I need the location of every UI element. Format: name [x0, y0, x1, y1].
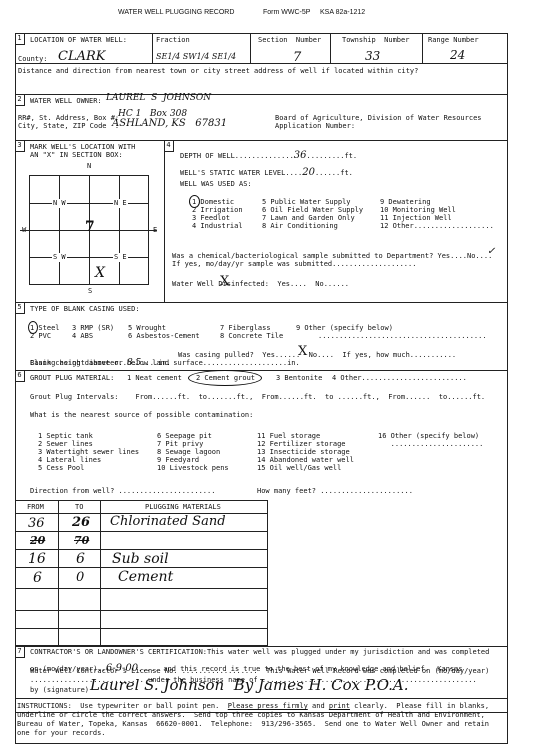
- city-field[interactable]: ASHLAND, KS 67831: [112, 118, 227, 129]
- row3-material[interactable]: Sub soil: [112, 551, 169, 567]
- casing-option-asbestos[interactable]: 6 Asbestos-Cement: [128, 332, 200, 341]
- section-number-label: Section Number: [258, 36, 321, 45]
- section-number-1: 1: [15, 33, 25, 45]
- contam-col1: 1 Septic tank 2 Sewer lines 3 Watertight…: [38, 432, 139, 472]
- use-option-irrigation[interactable]: 2 Irrigation: [192, 206, 243, 214]
- mark-location-label-2: AN "X" IN SECTION BOX:: [30, 151, 123, 160]
- form-number: Form WWC-5P: [263, 9, 310, 16]
- casing-other-blank[interactable]: ........................................: [318, 332, 487, 341]
- license-line: Water Well Contractor's License No. ....…: [30, 667, 489, 676]
- township-label: Township Number: [342, 36, 409, 45]
- section-number-6: 6: [15, 370, 25, 382]
- county-field[interactable]: CLARK: [58, 49, 105, 64]
- row4-material[interactable]: Cement: [118, 569, 173, 585]
- use-options-col2: 5 Public Water Supply 6 Oil Field Water …: [262, 198, 363, 230]
- use-option-air-conditioning[interactable]: 8 Air Conditioning: [262, 222, 363, 230]
- contam-other-blank[interactable]: ......................: [378, 440, 483, 448]
- use-option-industrial[interactable]: 4 Industrial: [192, 222, 243, 230]
- contam-option[interactable]: 8 Sewage lagoon: [157, 448, 229, 456]
- contam-option-other[interactable]: 16 Other (specify below): [378, 432, 483, 440]
- contam-option[interactable]: 15 Oil well/Gas well: [257, 464, 354, 472]
- row3-from[interactable]: 16: [28, 551, 46, 567]
- use-options-col3: 9 Dewatering 10 Monitoring Well 11 Injec…: [380, 198, 494, 230]
- casing-option-concrete[interactable]: 8 Concrete Tile: [220, 332, 283, 341]
- static-level-label: WELL'S STATIC WATER LEVEL....: [180, 169, 302, 177]
- city-label: City, State, ZIP Code :: [18, 122, 119, 131]
- row1-material[interactable]: Chlorinated Sand: [110, 514, 226, 529]
- contam-col3: 11 Fuel storage 12 Fertilizer storage 13…: [257, 432, 354, 472]
- contam-col2: 6 Seepage pit 7 Pit privy 8 Sewage lagoo…: [157, 432, 229, 472]
- township-field[interactable]: 33: [365, 49, 380, 63]
- contam-col4: 16 Other (specify below) ...............…: [378, 432, 483, 448]
- direction-from-well[interactable]: Direction from well? ...................…: [30, 487, 215, 496]
- row2-to[interactable]: 70: [74, 534, 89, 547]
- row1-to[interactable]: 26: [72, 515, 90, 530]
- instructions-box: [15, 698, 508, 744]
- use-option-other[interactable]: 12 Other...................: [380, 222, 494, 230]
- row4-to[interactable]: 0: [76, 570, 84, 585]
- disinfected-yes-mark[interactable]: X: [220, 274, 229, 289]
- casing-option-pvc[interactable]: 2 PVC: [30, 332, 51, 341]
- signature-field[interactable]: Laurel S. Johnson By James H. Cox P.O.A.: [90, 676, 409, 694]
- use-option-lawn-garden[interactable]: 7 Lawn and Garden Only: [262, 214, 363, 222]
- sample-no-check[interactable]: ✓: [487, 246, 495, 257]
- range-label: Range Number: [428, 36, 479, 45]
- contam-option[interactable]: 1 Septic tank: [38, 432, 139, 440]
- grout-intervals[interactable]: Grout Plug Intervals: From......ft. to..…: [30, 393, 485, 402]
- use-option-oil-field[interactable]: 6 Oil Field Water Supply: [262, 206, 363, 214]
- row2-from[interactable]: 20: [30, 534, 45, 547]
- cement-grout-selected-circle: [188, 370, 262, 386]
- col-header-materials: PLUGGING MATERIALS: [145, 503, 221, 512]
- casing-option-abs[interactable]: 4 ABS: [72, 332, 93, 341]
- casing-pulled-no-mark[interactable]: X: [298, 344, 307, 359]
- section-mark: 7: [85, 219, 95, 235]
- contam-option[interactable]: 6 Seepage pit: [157, 432, 229, 440]
- static-level-field[interactable]: 20: [302, 167, 315, 178]
- depth-label: DEPTH OF WELL..............: [180, 152, 294, 160]
- contam-option[interactable]: 11 Fuel storage: [257, 432, 354, 440]
- section-number-7: 7: [15, 646, 25, 658]
- contam-option[interactable]: 13 Insecticide storage: [257, 448, 354, 456]
- static-level-row: WELL'S STATIC WATER LEVEL....20......ft.: [180, 160, 353, 179]
- range-field[interactable]: 24: [450, 48, 465, 62]
- grout-option-other[interactable]: 4 Other.........................: [332, 374, 467, 383]
- contam-option[interactable]: 3 Watertight sewer lines: [38, 448, 139, 456]
- row1-from[interactable]: 36: [28, 516, 45, 531]
- contam-option[interactable]: 14 Abandoned water well: [257, 456, 354, 464]
- col-header-from: FROM: [27, 503, 44, 512]
- contam-option[interactable]: 12 Fertilizer storage: [257, 440, 354, 448]
- row4-from[interactable]: 6: [33, 570, 42, 586]
- use-option-public-water[interactable]: 5 Public Water Supply: [262, 198, 363, 206]
- section-number-3: 3: [15, 140, 25, 152]
- application-number-label: Application Number:: [275, 122, 355, 131]
- location-label: LOCATION OF WATER WELL:: [30, 36, 127, 45]
- contam-option[interactable]: 2 Sewer lines: [38, 440, 139, 448]
- how-many-feet[interactable]: How many feet? ......................: [257, 487, 413, 496]
- north-label: N: [87, 162, 91, 171]
- domestic-selected-circle: [189, 195, 200, 208]
- section-number-2: 2: [15, 94, 25, 106]
- col-header-to: TO: [75, 503, 83, 512]
- section-number-5: 5: [15, 302, 25, 314]
- se-label: S E: [113, 253, 128, 262]
- distance-label: Distance and direction from nearest town…: [18, 67, 418, 76]
- row3-to[interactable]: 6: [76, 551, 85, 567]
- sw-label: S W: [52, 253, 67, 262]
- casing-type-label: TYPE OF BLANK CASING USED:: [30, 305, 140, 314]
- contamination-label: What is the nearest source of possible c…: [30, 411, 253, 420]
- used-as-label: WELL WAS USED AS:: [180, 180, 252, 189]
- grout-material-label: GROUT PLUG MATERIAL:: [30, 374, 114, 383]
- form-title: WATER WELL PLUGGING RECORD: [118, 9, 234, 16]
- casing-height-label: Casing height above or below land surfac…: [30, 359, 300, 368]
- fraction-field[interactable]: SE1/4 SW1/4 SE1/4: [156, 52, 236, 61]
- use-option-monitoring[interactable]: 10 Monitoring Well: [380, 206, 494, 214]
- use-option-feedlot[interactable]: 3 Feedlot: [192, 214, 243, 222]
- nw-label: N W: [52, 199, 67, 208]
- signature-label: by (signature): [30, 686, 89, 695]
- contam-option[interactable]: 7 Pit privy: [157, 440, 229, 448]
- statute-ref: KSA 82a-1212: [320, 9, 365, 16]
- section-number-4: 4: [164, 140, 174, 152]
- contam-option[interactable]: 4 Lateral lines: [38, 456, 139, 464]
- owner-label: WATER WELL OWNER:: [30, 97, 102, 106]
- fraction-label: Fraction: [156, 36, 190, 45]
- contam-option[interactable]: 5 Cess Pool: [38, 464, 139, 472]
- well-location-x-mark: X: [95, 265, 105, 281]
- depth-unit: .........ft.: [307, 152, 358, 160]
- use-option-injection[interactable]: 11 Injection Well: [380, 214, 494, 222]
- ne-label: N E: [113, 199, 128, 208]
- contam-option[interactable]: 9 Feedyard: [157, 456, 229, 464]
- disinfected-label: Water Well Disinfected: Yes.... No......: [172, 280, 349, 289]
- contam-option[interactable]: 10 Livestock pens: [157, 464, 229, 472]
- south-label: S: [88, 287, 92, 296]
- grout-option-neat-cement[interactable]: 1 Neat cement: [127, 374, 182, 383]
- static-level-unit: ......ft.: [315, 169, 353, 177]
- sample-date-label: If yes, mo/day/yr sample was submitted..…: [172, 260, 416, 269]
- use-option-dewatering[interactable]: 9 Dewatering: [380, 198, 494, 206]
- grout-option-bentonite[interactable]: 3 Bentonite: [276, 374, 322, 383]
- owner-field[interactable]: LAUREL S JOHNSON: [106, 93, 211, 103]
